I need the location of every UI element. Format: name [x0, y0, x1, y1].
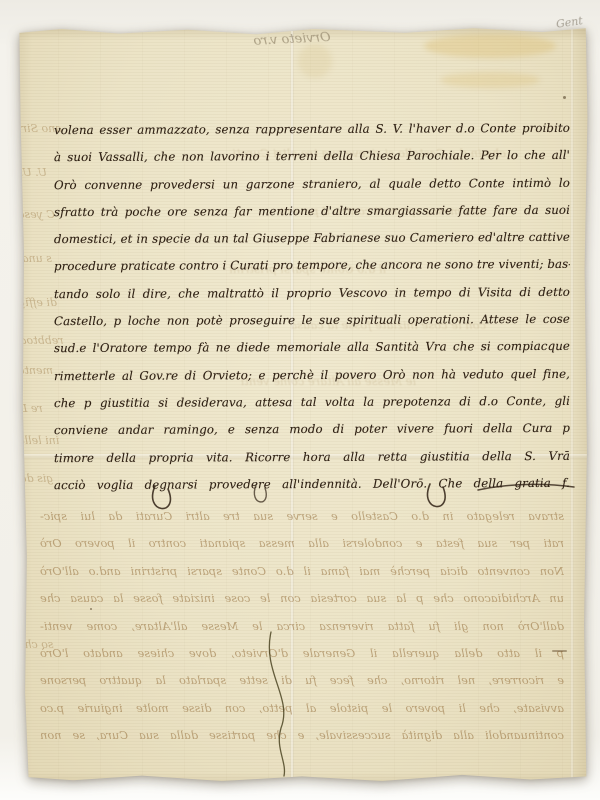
- right-fold-crease: [570, 26, 574, 784]
- yellow-stain: [424, 34, 556, 58]
- bleedthrough-fragment: U. U.: [20, 166, 47, 179]
- photographed-letter: Orvieto v.ro che in d.o Castello si rice…: [0, 0, 600, 800]
- bleedthrough-line: Non convento dicia perchè mai fama il d.…: [40, 558, 564, 585]
- handwritten-line: à suoi Vassalli, che non lavorino i terr…: [54, 142, 570, 172]
- ink-speck: [552, 650, 567, 652]
- handwritten-line: tando solo il dire, che maltrattò il pro…: [54, 279, 570, 309]
- bleedthrough-fragment: gis de: [20, 472, 53, 485]
- handwritten-line: conviene andar ramingo, e senza modo di …: [54, 415, 570, 445]
- ink-speck: [90, 608, 92, 610]
- bleedthrough-line: p il atto della querella il Generale d'O…: [40, 640, 564, 667]
- handwritten-line: volena esser ammazzato, senza rappresent…: [54, 115, 570, 145]
- bleedthrough-fragment: s una: [22, 252, 52, 265]
- bleedthrough-line: un Archidiacono che p la sua cortesia co…: [40, 585, 564, 612]
- bleedthrough-line: rati per sua festa e condolersi alla mes…: [40, 530, 564, 557]
- bleedthrough-line: continuandoli alla dignità successivale,…: [40, 722, 564, 749]
- bleedthrough-line: avvisate, che li povero le pistole al pe…: [40, 695, 564, 722]
- bleedthrough-fragment: mente: [18, 364, 53, 377]
- bleedthrough-line: dall'Orò non gli fu fatta riverenza circ…: [40, 613, 564, 640]
- yellow-stain: [298, 44, 332, 78]
- handwritten-line: procedure praticate contro i Curati pro …: [54, 251, 570, 281]
- ink-bleedthrough-text: strava relegato in d.o Castello e serve …: [40, 503, 564, 750]
- ink-speck: [563, 96, 566, 99]
- handwritten-line: domestici, et in specie da un tal Giusep…: [54, 224, 570, 254]
- handwritten-line: timore della propria vita. Ricorre hora …: [54, 442, 570, 472]
- bleedthrough-fragment: C yese: [18, 208, 55, 221]
- ink-speck: [452, 26, 454, 28]
- letter-body-text: volena esser ammazzato, senza rappresent…: [54, 116, 570, 498]
- handwritten-line: rimetterle al Gov.re di Orvieto; e perch…: [54, 361, 570, 391]
- bleedthrough-fragment: di effig: [18, 296, 57, 309]
- paper-shadow-wrap: Orvieto v.ro che in d.o Castello si rice…: [0, 0, 600, 800]
- bleedthrough-line: e ricorrere, nel ritorno, che fece fu di…: [40, 667, 564, 694]
- handwritten-line: Castello, p loche non potè proseguire le…: [54, 306, 570, 336]
- handwritten-line: sud.e l'Oratore tempo fà ne diede memori…: [54, 333, 570, 363]
- handwritten-line: Orò convenne provedersi un garzone stran…: [54, 169, 570, 199]
- handwritten-line: che p giustitia si desiderava, attesa ta…: [54, 388, 570, 418]
- bleedthrough-fragment: re L: [20, 402, 43, 415]
- yellow-stain: [440, 72, 540, 88]
- handwritten-line: acciò voglia degnarsi provedere all'inde…: [54, 470, 570, 500]
- bleedthrough-line: strava relegato in d.o Castello e serve …: [40, 503, 564, 530]
- letter-paper: Orvieto v.ro che in d.o Castello si rice…: [16, 26, 588, 784]
- handwritten-line: sfratto trà poche ore senza far mentione…: [54, 197, 570, 227]
